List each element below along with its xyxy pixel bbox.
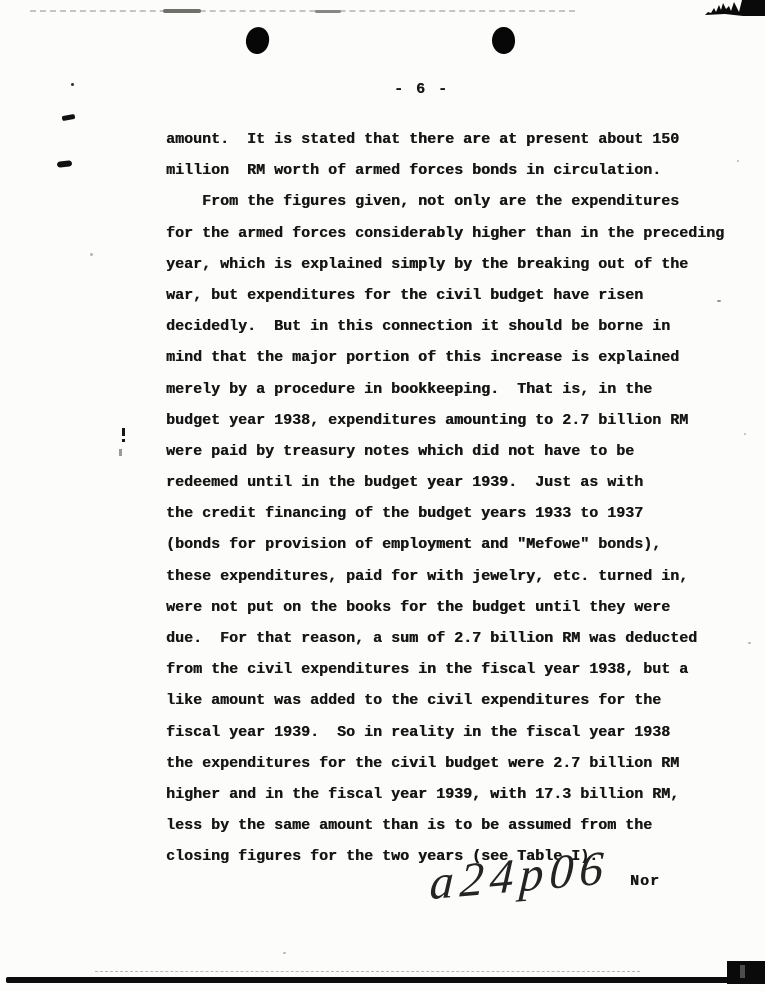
text-line: were paid by treasury notes which did no… [166,436,741,467]
scan-noise-dash [315,10,341,13]
margin-stray-mark [122,428,125,436]
text-line: war, but expenditures for the civil budg… [166,280,741,311]
text-line: mind that the major portion of this incr… [166,342,741,373]
margin-pencil-dash [57,160,73,168]
scan-speck [748,642,751,644]
scan-speck [737,160,739,162]
ink-blob-bottom-right [727,961,765,984]
margin-pencil-dash [62,114,76,121]
text-line: (bonds for provision of employment and "… [166,529,741,560]
scan-edge-bar [6,977,765,983]
ink-blob-streak [740,965,745,978]
text-line: year, which is explained simply by the b… [166,249,741,280]
document-page: - 6 - amount. It is stated that there ar… [0,0,765,991]
text-line: redeemed until in the budget year 1939. … [166,467,741,498]
scan-speck [90,253,93,256]
text-line: for the armed forces considerably higher… [166,218,741,249]
punch-hole-dot-left [244,26,271,56]
text-line: were not put on the books for the budget… [166,592,741,623]
text-line: these expenditures, paid for with jewelr… [166,561,741,592]
text-line: less by the same amount than is to be as… [166,810,741,841]
page-number: - 6 - [394,81,449,98]
text-line: million RM worth of armed forces bonds i… [166,155,741,186]
margin-stray-mark [119,449,122,456]
margin-stray-mark [122,439,125,442]
scan-noise-dash [163,9,201,13]
text-line: from the civil expenditures in the fisca… [166,654,741,685]
body-text: amount. It is stated that there are at p… [166,124,741,873]
text-line: budget year 1938, expenditures amounting… [166,405,741,436]
scan-speck [283,952,286,954]
text-line: like amount was added to the civil expen… [166,685,741,716]
text-line: the expenditures for the civil budget we… [166,748,741,779]
scan-noise-line-bottom [95,971,640,972]
typist-initials: Nor [630,873,660,890]
punch-hole-dot-right [491,26,516,55]
text-line: From the figures given, not only are the… [166,186,741,217]
text-line: merely by a procedure in bookkeeping. Th… [166,374,741,405]
text-line: amount. It is stated that there are at p… [166,124,741,155]
margin-speck [71,83,74,86]
scan-speck [744,433,746,435]
text-line: fiscal year 1939. So in reality in the f… [166,717,741,748]
scan-speck [717,300,721,302]
text-line: higher and in the fiscal year 1939, with… [166,779,741,810]
text-line: due. For that reason, a sum of 2.7 billi… [166,623,741,654]
text-line: the credit financing of the budget years… [166,498,741,529]
scan-noise-line-top [30,10,575,12]
ink-blob-top-right [705,0,765,18]
text-line: decidedly. But in this connection it sho… [166,311,741,342]
